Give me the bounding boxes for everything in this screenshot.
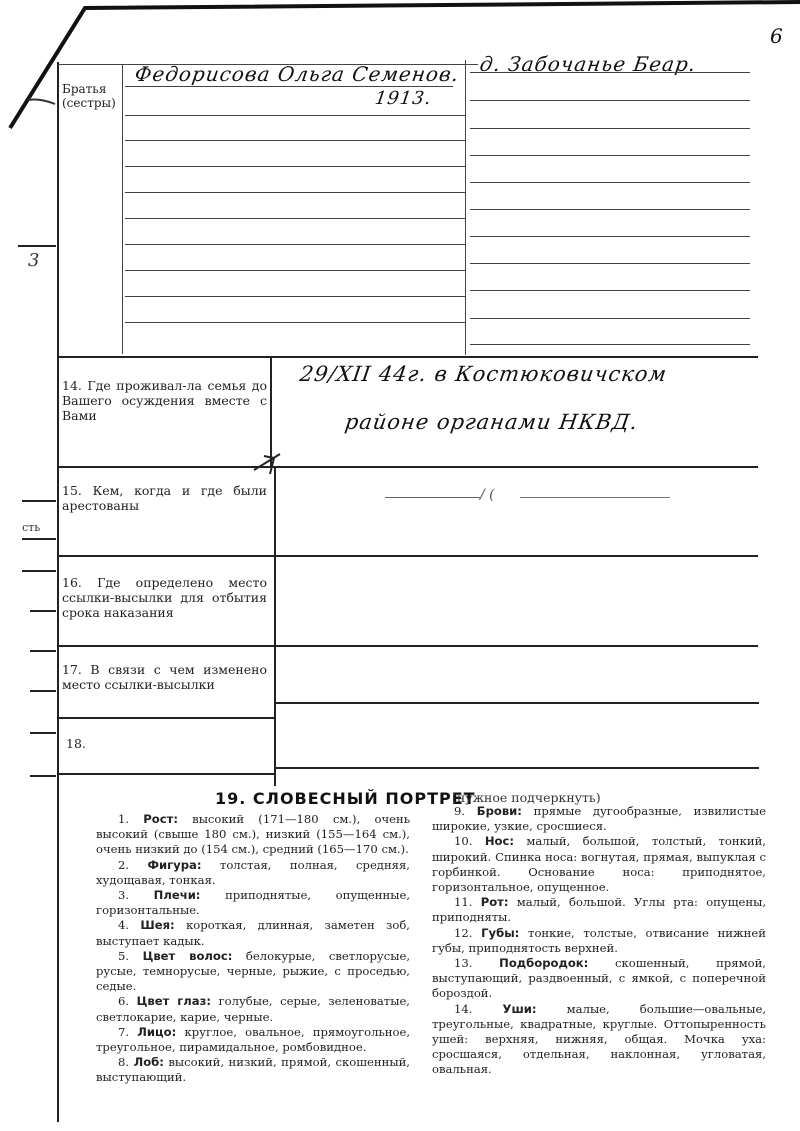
- row-16-label: 16. Где определено место ссылки-высылки …: [62, 575, 267, 620]
- portrait-item: 6. Цвет глаз: голубые, серые, зеленоваты…: [96, 994, 410, 1024]
- left-border: [57, 62, 59, 1122]
- row-divider: [58, 717, 276, 719]
- ditto-mark: / (: [480, 487, 495, 503]
- siblings-line: [470, 236, 750, 237]
- row-18-label: 18.: [66, 736, 126, 751]
- margin-stub: [22, 570, 56, 572]
- row-divider: [58, 466, 758, 468]
- margin-stub: [30, 732, 56, 734]
- siblings-line: [125, 296, 465, 297]
- row-14-label: 14. Где проживал-ла семья до Вашего осуж…: [62, 378, 267, 423]
- portrait-item: 12. Губы: тонкие, толстые, отвисание ниж…: [432, 926, 766, 956]
- portrait-note: (нужное подчеркнуть): [452, 790, 601, 805]
- siblings-line: [470, 290, 750, 291]
- row-15-label: 15. Кем, когда и где были арестованы: [62, 483, 267, 513]
- siblings-line: [125, 192, 465, 193]
- check-mark-icon: [250, 448, 290, 478]
- siblings-line: [470, 182, 750, 183]
- margin-stub: [18, 245, 56, 247]
- siblings-line: [470, 155, 750, 156]
- siblings-line: [470, 318, 750, 319]
- row-divider: [58, 356, 758, 358]
- row-divider-partial: [274, 767, 759, 769]
- row-divider-partial: [274, 702, 759, 704]
- row-14-answer-line1: 29/XII 44г. в Костюковичском: [298, 362, 668, 386]
- margin-stub: [30, 775, 56, 777]
- siblings-line: [470, 344, 750, 345]
- dash-line: [520, 497, 670, 498]
- siblings-line: [125, 244, 465, 245]
- sibling-year: 1913.: [374, 88, 433, 109]
- row-divider: [58, 555, 758, 557]
- row-17-label: 17. В связи с чем изменено место ссылки-…: [62, 662, 267, 692]
- dash-line: [385, 497, 480, 498]
- portrait-item: 5. Цвет волос: белокурые, светлорусые, р…: [96, 949, 410, 995]
- margin-mark: 3: [28, 250, 39, 271]
- margin-stub: [30, 690, 56, 692]
- siblings-column-divider: [465, 60, 466, 355]
- portrait-item: 8. Лоб: высокий, низкий, прямой, скошенн…: [96, 1055, 410, 1085]
- siblings-line: [470, 128, 750, 129]
- portrait-item: 4. Шея: короткая, длинная, заметен зоб, …: [96, 918, 410, 948]
- portrait-item: 1. Рост: высокий (171—180 см.), очень вы…: [96, 812, 410, 858]
- siblings-line: [470, 100, 750, 101]
- siblings-line: [470, 263, 750, 264]
- row-divider: [58, 645, 758, 647]
- margin-stub: [22, 500, 56, 502]
- siblings-line: [125, 86, 453, 87]
- siblings-line: [125, 322, 465, 323]
- portrait-item: 9. Брови: прямые дугообразные, извилисты…: [432, 804, 766, 834]
- siblings-label-divider: [122, 64, 123, 354]
- margin-stub: [30, 610, 56, 612]
- margin-stub: [22, 538, 56, 540]
- siblings-line: [125, 270, 465, 271]
- portrait-item: 14. Уши: малые, большие—овальные, треуго…: [432, 1002, 766, 1078]
- portrait-item: 7. Лицо: круглое, овальное, прямоугольно…: [96, 1025, 410, 1055]
- portrait-item: 3. Плечи: приподнятые, опущенные, горизо…: [96, 888, 410, 918]
- portrait-item: 10. Нос: малый, большой, толстый, тонкий…: [432, 834, 766, 895]
- sibling-name: Федорисова Ольга Семенов.: [133, 62, 461, 86]
- siblings-line: [125, 115, 465, 116]
- siblings-line: [125, 166, 465, 167]
- siblings-line: [125, 218, 465, 219]
- siblings-label: Братья (сестры): [62, 82, 120, 110]
- portrait-column-left: 1. Рост: высокий (171—180 см.), очень вы…: [96, 812, 410, 1086]
- margin-fragment: сть: [22, 521, 40, 534]
- label-column-divider: [274, 466, 276, 786]
- siblings-line: [125, 140, 465, 141]
- page-number: 6: [770, 24, 783, 48]
- portrait-item: 13. Подбородок: скошенный, прямой, высту…: [432, 956, 766, 1002]
- portrait-item: 11. Рот: малый, большой. Углы рта: опуще…: [432, 895, 766, 925]
- portrait-item: 2. Фигура: толстая, полная, средняя, худ…: [96, 858, 410, 888]
- row-14-answer-line2: районе органами НКВД.: [343, 410, 639, 434]
- siblings-line: [470, 209, 750, 210]
- siblings-line: [470, 72, 750, 73]
- portrait-column-right: 9. Брови: прямые дугообразные, извилисты…: [432, 804, 766, 1078]
- row-divider: [58, 773, 276, 775]
- margin-stub: [30, 650, 56, 652]
